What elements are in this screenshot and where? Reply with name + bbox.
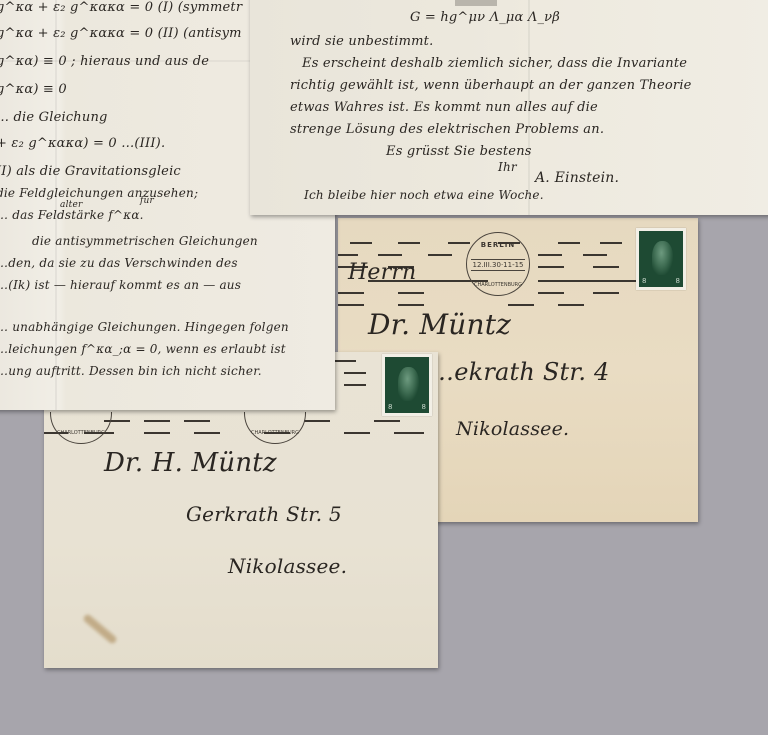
salutation: Herrn xyxy=(348,260,416,285)
letter-line: g^κα + ε₂ g^κακα = 0 (I) (symmetr xyxy=(0,0,242,15)
letter-line: die Feldgleichungen anzusehen; xyxy=(0,186,198,200)
letter-page-right: G = hg^μν Λ_μα Λ_νβ wird sie unbestimmt.… xyxy=(250,0,768,215)
postmark-district: CHARLOTTENBURG xyxy=(467,282,529,288)
recipient-street: …ekrath Str. 4 xyxy=(430,358,610,386)
letter-line: strenge Lösung des elektrischen Problems… xyxy=(290,122,604,137)
letter-line: g^κα) ≡ 0 ; hieraus und aus de xyxy=(0,54,209,69)
inserted-word: für xyxy=(140,196,154,206)
formula: G = hg^μν Λ_μα Λ_νβ xyxy=(410,10,560,25)
postage-stamp: 8 8 xyxy=(636,228,686,290)
letter-line: die antisymmetrischen Gleichungen xyxy=(32,234,258,248)
postscript: Ich bleibe hier noch etwa eine Woche. xyxy=(304,188,544,202)
stamp-portrait-icon: 8 8 xyxy=(385,357,429,413)
letter-line: …leichungen f^κα_;α = 0, wenn es erlaubt… xyxy=(0,342,286,356)
letter-line: + ε₂ g^κακα) = 0 …(III). xyxy=(0,136,165,151)
recipient-street: Gerkrath Str. 5 xyxy=(186,502,342,526)
postmark-district: CHARLOTTENBURG xyxy=(245,430,305,436)
recipient-city: Nikolassee. xyxy=(228,554,347,578)
letter-line: etwas Wahres ist. Es kommt nun alles auf… xyxy=(290,100,598,115)
stamp-value: 8 xyxy=(388,403,392,411)
signature-prefix: Ihr xyxy=(498,160,517,174)
recipient-city: Nikolassee. xyxy=(456,418,569,440)
stamp-value: 8 xyxy=(676,277,680,285)
signature: A. Einstein. xyxy=(535,170,619,186)
letter-line: …ung auftritt. Dessen bin ich nicht sich… xyxy=(0,364,262,378)
letter-line: … die Gleichung xyxy=(0,110,108,125)
letter-line: wird sie unbestimmt. xyxy=(290,34,433,49)
letter-line: Es erscheint deshalb ziemlich sicher, da… xyxy=(302,56,687,71)
letter-line: …(Ik) ist — hierauf kommt es an — aus xyxy=(0,278,241,292)
letter-line: (I) als die Gravitationsgleic xyxy=(0,164,181,179)
letter-line: … unabhängige Gleichungen. Hingegen folg… xyxy=(0,320,289,334)
postmark-city: BERLIN xyxy=(467,241,529,249)
postage-stamp: 8 8 xyxy=(382,354,432,416)
postmark-district: CHARLOTTENBURG xyxy=(51,430,111,436)
letter-closing: Es grüsst Sie bestens xyxy=(386,144,532,159)
letter-line: richtig gewählt ist, wenn überhaupt an d… xyxy=(290,78,692,93)
letter-line: … das Feldstärke f^κα. xyxy=(0,208,144,222)
stamp-portrait-icon: 8 8 xyxy=(639,231,683,287)
recipient-name: Dr. Müntz xyxy=(368,308,511,341)
letter-line: g^κα + ε₂ g^κακα = 0 (II) (antisym xyxy=(0,26,242,41)
recipient-name: Dr. H. Müntz xyxy=(104,448,277,478)
postmark-berlin: BERLIN 12.III.30·11-15 CHARLOTTENBURG xyxy=(466,232,530,296)
letter-line: g^κα) ≡ 0 xyxy=(0,82,67,97)
stamp-value: 8 xyxy=(422,403,426,411)
postmark-date: 12.III.30·11-15 xyxy=(471,259,525,271)
stamp-value: 8 xyxy=(642,277,646,285)
letter-line: …den, da sie zu das Verschwinden des xyxy=(0,256,238,270)
